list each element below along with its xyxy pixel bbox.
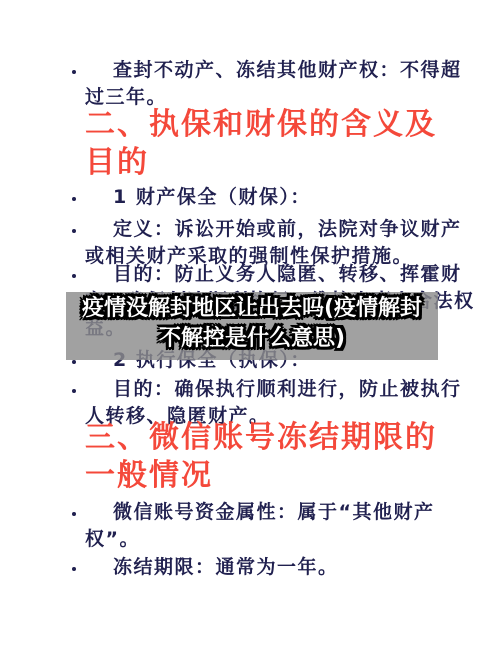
bullet-text: 定义：诉讼开始或前，法院对争议财产或相关财产采取的强制性保护措施。 [85, 218, 462, 267]
section-heading-text: 二、执保和财保的含义及目的 [85, 107, 437, 180]
section-heading: 三、微信账号冻结期限的一般情况 [85, 419, 441, 495]
bullet-text: 微信账号资金属性：属于“其他财产权”。 [85, 501, 435, 550]
bullet-text: 1 财产保全（财保）： [113, 186, 311, 208]
section-heading-text: 三、微信账号冻结期限的一般情况 [85, 420, 437, 493]
bullet-text: 冻结期限：通常为一年。 [113, 556, 339, 578]
bullet-item: 1 财产保全（财保）： [85, 184, 465, 211]
watermark-title-band: 疫情没解封地区让出去吗(疫情解封不解控是什么意思) [66, 292, 438, 360]
article-page: 查封不动产、冻结其他财产权：不得超过三年。 二、执保和财保的含义及目的 1 财产… [0, 0, 500, 652]
bullet-item: 查封不动产、冻结其他财产权：不得超过三年。 [85, 57, 465, 111]
watermark-title: 疫情没解封地区让出去吗(疫情解封不解控是什么意思) [76, 294, 428, 354]
bullet-icon [72, 274, 76, 278]
bullet-icon [72, 389, 76, 393]
bullet-item: 微信账号资金属性：属于“其他财产权”。 [85, 499, 445, 553]
bullet-item: 冻结期限：通常为一年。 [85, 554, 465, 581]
section-heading: 二、执保和财保的含义及目的 [85, 106, 441, 182]
bullet-icon [72, 70, 76, 74]
bullet-icon [72, 197, 76, 201]
bullet-icon [72, 567, 76, 571]
bullet-icon [72, 512, 76, 516]
bullet-icon [72, 229, 76, 233]
bullet-icon [72, 360, 76, 364]
bullet-text: 查封不动产、冻结其他财产权：不得超过三年。 [85, 59, 462, 108]
